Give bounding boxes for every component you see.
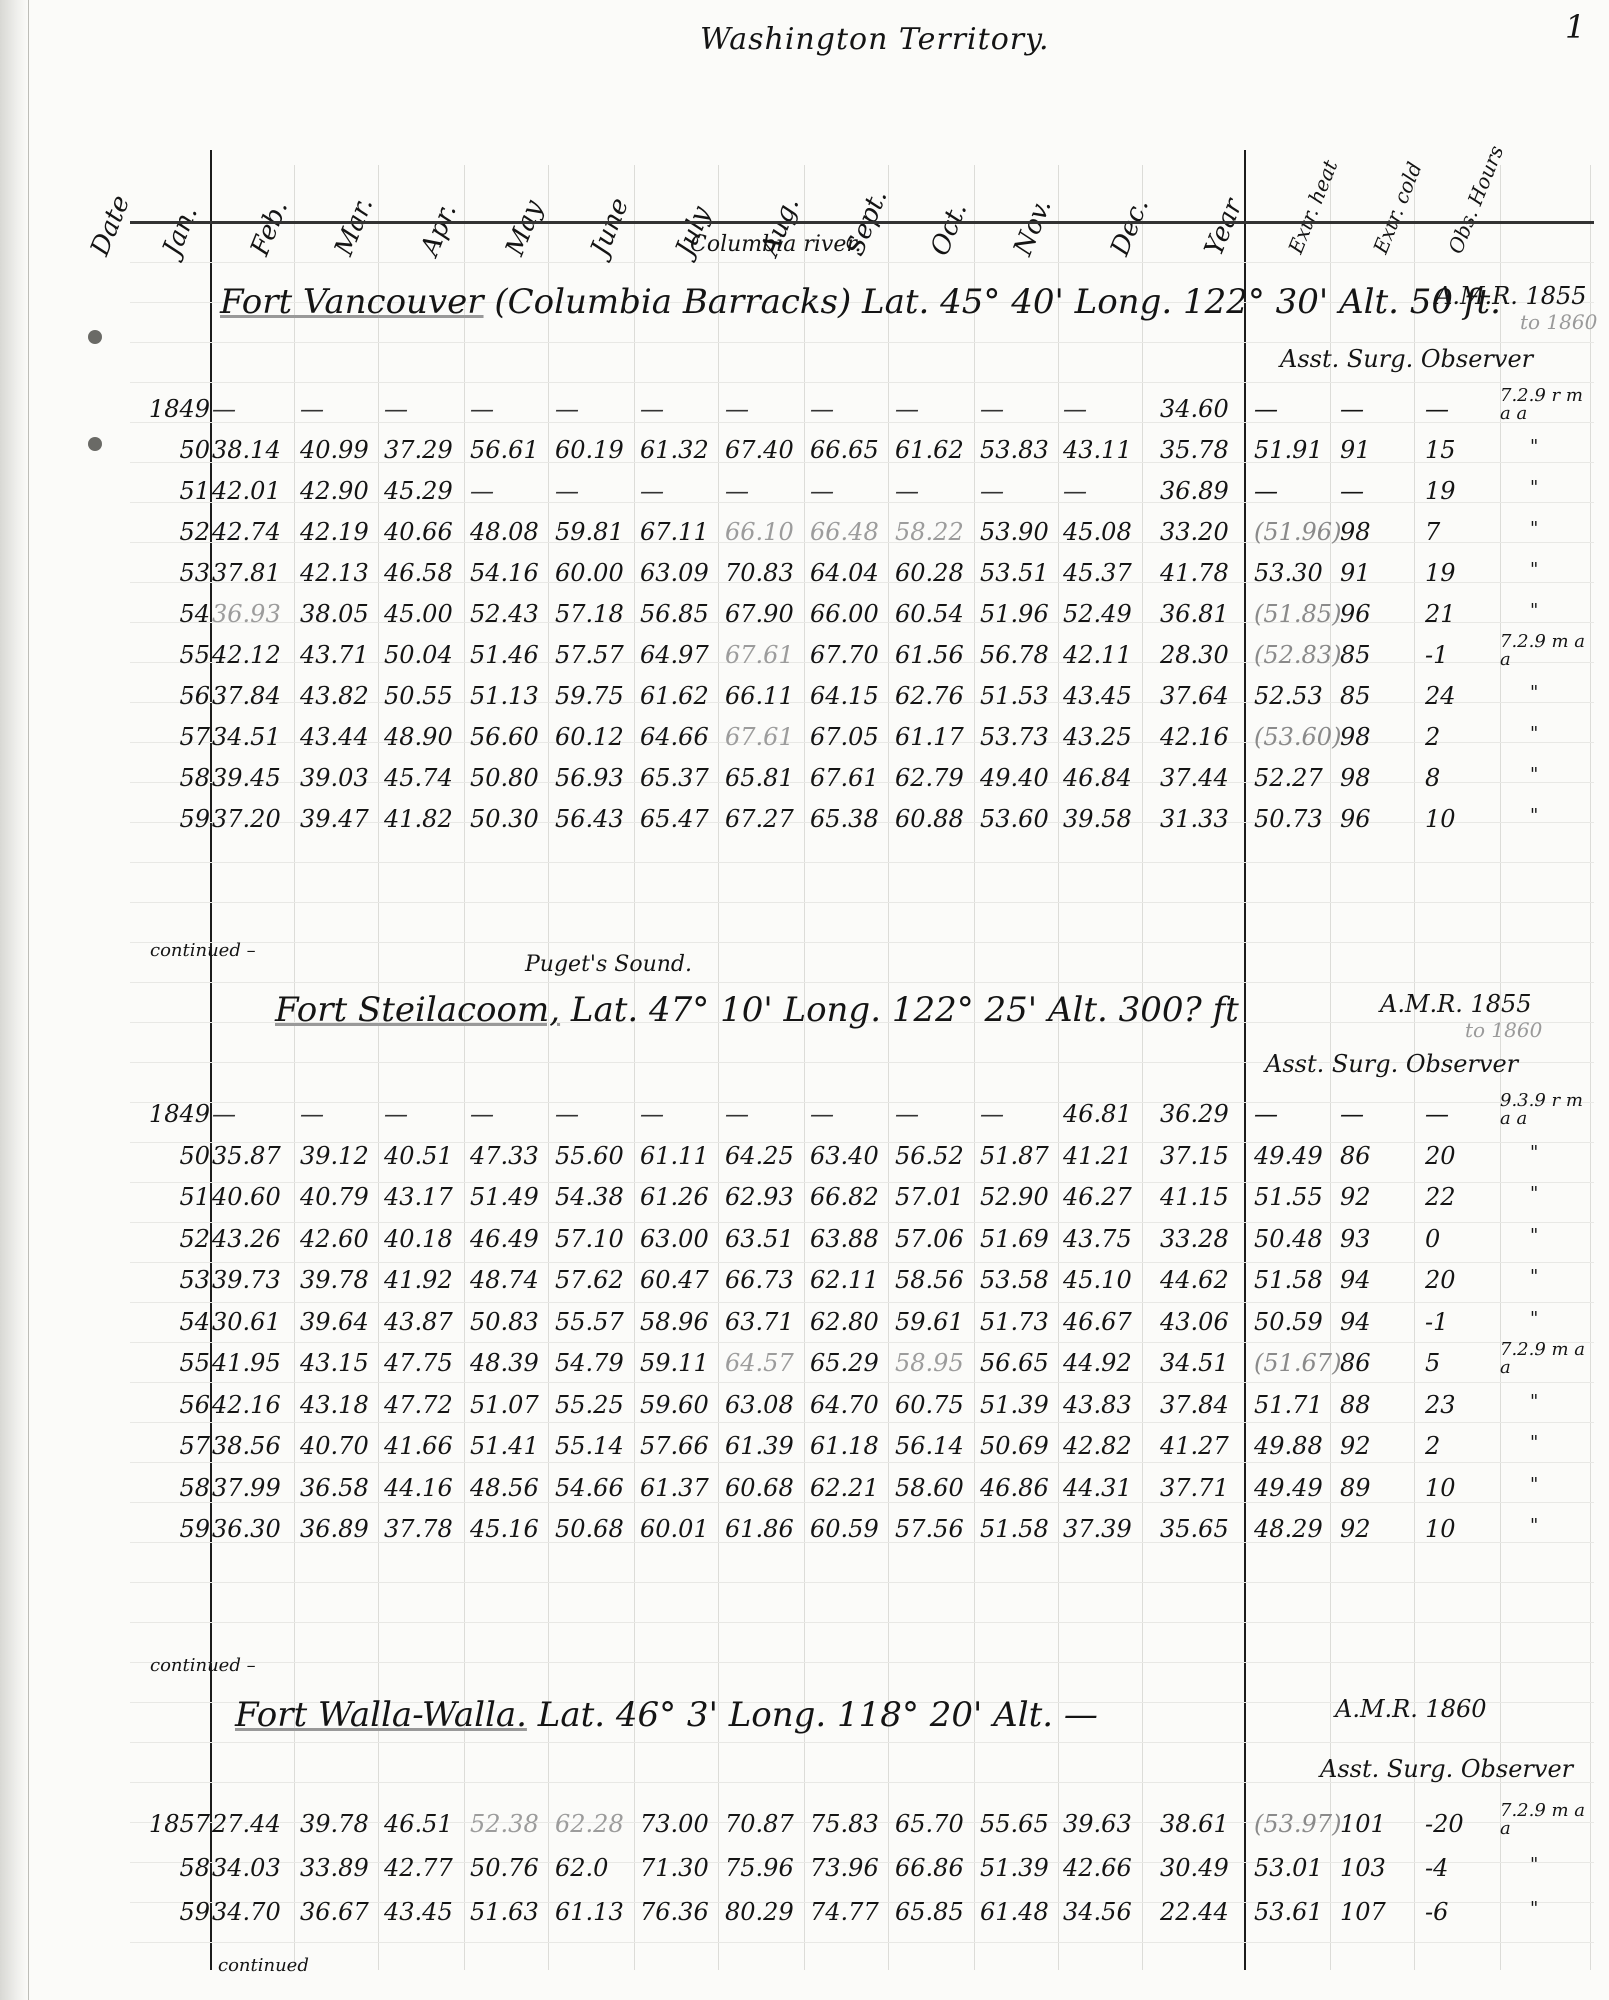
table-row: 5839.4539.0345.7450.8056.9365.3765.8167.… [0, 764, 1609, 804]
row-gridline [130, 342, 1594, 343]
extreme-heat: 85 [1340, 682, 1371, 710]
month-value: 67.05 [810, 723, 879, 751]
month-value: 45.10 [1063, 1266, 1132, 1294]
source-reference: A.M.R. 1860 [1335, 1695, 1487, 1723]
month-value: 28.30 [1160, 641, 1229, 669]
annual-mean: 50.73 [1254, 805, 1323, 833]
month-value: 51.73 [980, 1308, 1049, 1336]
month-value: — [640, 395, 664, 423]
month-value: 58.60 [895, 1474, 964, 1502]
month-value: 62.28 [555, 1810, 624, 1838]
month-value: — [1063, 477, 1087, 505]
month-value: 55.57 [555, 1308, 624, 1336]
extreme-heat: 96 [1340, 600, 1371, 628]
month-value: 61.62 [640, 682, 709, 710]
month-value: 40.18 [384, 1225, 453, 1253]
row-year: 54 [130, 600, 210, 628]
extreme-heat: 91 [1340, 559, 1371, 587]
table-row: 5140.6040.7943.1751.4954.3861.2662.9366.… [0, 1183, 1609, 1223]
row-year: 55 [130, 641, 210, 669]
month-value: 43.45 [384, 1898, 453, 1926]
table-row: 5038.1440.9937.2956.6160.1961.3267.4066.… [0, 436, 1609, 476]
month-value: 66.73 [725, 1266, 794, 1294]
table-row: 5642.1643.1847.7251.0755.2559.6063.0864.… [0, 1391, 1609, 1431]
month-value: 46.67 [1063, 1308, 1132, 1336]
table-row: 5541.9543.1547.7548.3954.7959.1164.5765.… [0, 1349, 1609, 1389]
annual-mean: 50.48 [1254, 1225, 1323, 1253]
month-value: 51.46 [470, 641, 539, 669]
month-value: 64.66 [640, 723, 709, 751]
month-value: 42.82 [1063, 1432, 1132, 1460]
month-value: 37.71 [1160, 1474, 1229, 1502]
extreme-heat: 96 [1340, 805, 1371, 833]
row-gridline [130, 262, 1594, 263]
month-value: 43.06 [1160, 1308, 1229, 1336]
month-value: 52.90 [980, 1183, 1049, 1211]
extreme-cold: 0 [1425, 1225, 1440, 1253]
observation-hours: 7.2.9 r m a a [1500, 387, 1595, 423]
extreme-cold: 2 [1425, 723, 1440, 751]
extreme-heat: — [1340, 395, 1364, 423]
month-value: 34.51 [1160, 1349, 1229, 1377]
extreme-heat: 94 [1340, 1308, 1371, 1336]
month-value: 42.77 [384, 1854, 453, 1882]
table-row: 1849——————————46.8136.29———9.3.9 r m a a [0, 1100, 1609, 1140]
month-value: 61.62 [895, 436, 964, 464]
month-value: 34.03 [212, 1854, 281, 1882]
row-year: 52 [130, 518, 210, 546]
month-value: 64.04 [810, 559, 879, 587]
month-value: 58.56 [895, 1266, 964, 1294]
extreme-heat: 85 [1340, 641, 1371, 669]
month-value: 62.0 [555, 1854, 608, 1882]
month-value: 56.93 [555, 764, 624, 792]
month-value: 60.88 [895, 805, 964, 833]
month-value: 59.61 [895, 1308, 964, 1336]
month-value: 36.89 [300, 1515, 369, 1543]
month-value: 33.20 [1160, 518, 1229, 546]
month-value: 67.90 [725, 600, 794, 628]
month-value: 36.29 [1160, 1100, 1229, 1128]
month-value: 42.01 [212, 477, 281, 505]
month-value: 39.47 [300, 805, 369, 833]
month-value: 60.19 [555, 436, 624, 464]
row-gridline [130, 1742, 1594, 1743]
month-value: 36.58 [300, 1474, 369, 1502]
row-year: 53 [130, 559, 210, 587]
month-value: 66.82 [810, 1183, 879, 1211]
month-value: 39.45 [212, 764, 281, 792]
month-value: 61.37 [640, 1474, 709, 1502]
month-value: 58.95 [895, 1349, 964, 1377]
month-value: 22.44 [1160, 1898, 1229, 1926]
month-value: — [555, 1100, 579, 1128]
month-value: 58.22 [895, 518, 964, 546]
month-value: 63.71 [725, 1308, 794, 1336]
page-binding-edge [0, 0, 29, 2000]
month-value: 60.00 [555, 559, 624, 587]
table-row: 5934.7036.6743.4551.6361.1376.3680.2974.… [0, 1898, 1609, 1938]
annual-mean: — [1254, 477, 1278, 505]
month-value: 54.16 [470, 559, 539, 587]
month-value: 62.76 [895, 682, 964, 710]
month-value: 43.18 [300, 1391, 369, 1419]
extreme-cold: -20 [1425, 1810, 1464, 1838]
month-value: 50.76 [470, 1854, 539, 1882]
month-value: 56.43 [555, 805, 624, 833]
extreme-heat: 86 [1340, 1142, 1371, 1170]
month-value: — [212, 395, 236, 423]
station-name: Fort Walla-Walla. [235, 1695, 527, 1735]
month-value: 34.51 [212, 723, 281, 751]
month-value: 39.73 [212, 1266, 281, 1294]
month-value: 57.10 [555, 1225, 624, 1253]
month-value: 59.75 [555, 682, 624, 710]
extreme-cold: 19 [1425, 559, 1456, 587]
source-reference: A.M.R. 1855 [1435, 282, 1587, 310]
page-number: 1 [1565, 8, 1585, 46]
month-value: 43.17 [384, 1183, 453, 1211]
month-value: 57.06 [895, 1225, 964, 1253]
month-value: 60.28 [895, 559, 964, 587]
month-value: 74.77 [810, 1898, 879, 1926]
month-value: 48.90 [384, 723, 453, 751]
month-value: 33.28 [1160, 1225, 1229, 1253]
row-year: 59 [130, 805, 210, 833]
extreme-heat: 86 [1340, 1349, 1371, 1377]
observation-hours: 7.2.9 m a a [1500, 1341, 1595, 1377]
month-value: — [470, 477, 494, 505]
region-label: Columbia river. [690, 232, 861, 257]
month-value: 37.64 [1160, 682, 1229, 710]
month-value: 67.70 [810, 641, 879, 669]
table-row: 5738.5640.7041.6651.4155.1457.6661.3961.… [0, 1432, 1609, 1472]
month-value: 56.78 [980, 641, 1049, 669]
month-value: 34.70 [212, 1898, 281, 1926]
extreme-cold: 19 [1425, 477, 1456, 505]
month-value: 43.45 [1063, 682, 1132, 710]
month-value: 66.11 [725, 682, 794, 710]
observation-hours: 7.2.9 m a a [1500, 1802, 1595, 1838]
month-value: 62.80 [810, 1308, 879, 1336]
observation-hours: " [1530, 1183, 1538, 1204]
month-value: 40.79 [300, 1183, 369, 1211]
month-value: 63.51 [725, 1225, 794, 1253]
month-value: 61.17 [895, 723, 964, 751]
month-value: 41.82 [384, 805, 453, 833]
annual-mean: (53.97) [1254, 1810, 1341, 1838]
month-value: 43.87 [384, 1308, 453, 1336]
month-value: 56.85 [640, 600, 709, 628]
extreme-heat: 92 [1340, 1515, 1371, 1543]
month-value: 65.85 [895, 1898, 964, 1926]
month-value: 48.74 [470, 1266, 539, 1294]
observation-hours: " [1530, 1142, 1538, 1163]
month-value: 51.39 [980, 1854, 1049, 1882]
observation-hours: " [1530, 600, 1538, 621]
row-year: 58 [130, 764, 210, 792]
observation-hours: " [1530, 1515, 1538, 1536]
month-value: 34.56 [1063, 1898, 1132, 1926]
row-year: 54 [130, 1308, 210, 1336]
month-value: 60.75 [895, 1391, 964, 1419]
source-reference: A.M.R. 1855 [1380, 990, 1532, 1018]
month-value: 56.65 [980, 1349, 1049, 1377]
month-value: 50.68 [555, 1515, 624, 1543]
continued-note: continued – [150, 1655, 256, 1676]
month-value: 75.83 [810, 1810, 879, 1838]
month-value: 60.01 [640, 1515, 709, 1543]
month-value: 52.49 [1063, 600, 1132, 628]
month-value: 41.27 [1160, 1432, 1229, 1460]
month-value: 67.11 [640, 518, 709, 546]
month-value: 46.27 [1063, 1183, 1132, 1211]
month-value: 35.78 [1160, 436, 1229, 464]
month-value: 39.12 [300, 1142, 369, 1170]
month-value: 59.60 [640, 1391, 709, 1419]
month-value: 51.63 [470, 1898, 539, 1926]
row-year: 59 [130, 1515, 210, 1543]
month-value: 44.16 [384, 1474, 453, 1502]
row-year: 1849 [130, 395, 210, 423]
month-value: 60.54 [895, 600, 964, 628]
month-value: 60.12 [555, 723, 624, 751]
annual-mean: 52.53 [1254, 682, 1323, 710]
month-value: 51.69 [980, 1225, 1049, 1253]
month-value: — [384, 395, 408, 423]
row-year: 56 [130, 1391, 210, 1419]
month-value: 66.00 [810, 600, 879, 628]
extreme-heat: 98 [1340, 723, 1371, 751]
month-value: — [212, 1100, 236, 1128]
extreme-heat: 93 [1340, 1225, 1371, 1253]
month-value: 39.78 [300, 1266, 369, 1294]
annual-mean: — [1254, 395, 1278, 423]
month-value: 40.66 [384, 518, 453, 546]
extreme-cold: 21 [1425, 600, 1456, 628]
month-value: 67.27 [725, 805, 794, 833]
annual-mean: 50.59 [1254, 1308, 1323, 1336]
table-row: 5337.8142.1346.5854.1660.0063.0970.8364.… [0, 559, 1609, 599]
month-value: 57.66 [640, 1432, 709, 1460]
observer-label: Asst. Surg. Observer [1280, 345, 1533, 373]
row-year: 1857 [130, 1810, 210, 1838]
month-value: 75.96 [725, 1854, 794, 1882]
month-value: 60.59 [810, 1515, 879, 1543]
month-value: 67.61 [725, 641, 794, 669]
month-value: 39.64 [300, 1308, 369, 1336]
month-value: 41.66 [384, 1432, 453, 1460]
extreme-heat: 91 [1340, 436, 1371, 464]
observation-hours: " [1530, 1432, 1538, 1453]
month-value: 41.15 [1160, 1183, 1229, 1211]
annual-mean: 53.61 [1254, 1898, 1323, 1926]
month-value: — [640, 477, 664, 505]
month-value: 61.32 [640, 436, 709, 464]
extreme-heat: — [1340, 477, 1364, 505]
month-value: 42.13 [300, 559, 369, 587]
station-coordinates: Lat. 47° 10' Long. 122° 25' Alt. 300? ft [571, 990, 1239, 1030]
month-value: 47.72 [384, 1391, 453, 1419]
month-value: 51.53 [980, 682, 1049, 710]
month-value: 51.58 [980, 1515, 1049, 1543]
annual-mean: (52.83) [1254, 641, 1341, 669]
month-value: 38.05 [300, 600, 369, 628]
month-value: 41.78 [1160, 559, 1229, 587]
month-value: 56.61 [470, 436, 539, 464]
table-row: 1849———————————34.60———7.2.9 r m a a [0, 395, 1609, 435]
month-value: 41.92 [384, 1266, 453, 1294]
row-gridline [130, 902, 1594, 903]
month-value: 45.16 [470, 1515, 539, 1543]
month-value: 42.60 [300, 1225, 369, 1253]
month-value: 55.25 [555, 1391, 624, 1419]
extreme-heat: 107 [1340, 1898, 1386, 1926]
extreme-cold: — [1425, 395, 1449, 423]
month-value: 37.84 [212, 682, 281, 710]
month-value: 67.61 [810, 764, 879, 792]
month-value: 51.87 [980, 1142, 1049, 1170]
month-value: 57.57 [555, 641, 624, 669]
table-row: 5637.8443.8250.5551.1359.7561.6266.1164.… [0, 682, 1609, 722]
month-value: 57.01 [895, 1183, 964, 1211]
month-value: 49.40 [980, 764, 1049, 792]
month-value: 37.78 [384, 1515, 453, 1543]
month-value: 41.95 [212, 1349, 281, 1377]
month-value: 44.92 [1063, 1349, 1132, 1377]
observation-hours: " [1530, 1898, 1538, 1919]
observation-hours: " [1530, 682, 1538, 703]
month-value: 42.66 [1063, 1854, 1132, 1882]
month-value: 42.90 [300, 477, 369, 505]
month-value: — [895, 1100, 919, 1128]
month-value: 50.55 [384, 682, 453, 710]
month-value: — [980, 395, 1004, 423]
month-value: 37.99 [212, 1474, 281, 1502]
month-value: 46.86 [980, 1474, 1049, 1502]
region-label: Puget's Sound. [525, 952, 692, 977]
extreme-cold: 10 [1425, 805, 1456, 833]
row-gridline [130, 382, 1594, 383]
month-value: 44.62 [1160, 1266, 1229, 1294]
table-row: 5937.2039.4741.8250.3056.4365.4767.2765.… [0, 805, 1609, 845]
table-row: 5837.9936.5844.1648.5654.6661.3760.6862.… [0, 1474, 1609, 1514]
table-row: 5542.1243.7150.0451.4657.5764.9767.6167.… [0, 641, 1609, 681]
table-row: 5243.2642.6040.1846.4957.1063.0063.5163.… [0, 1225, 1609, 1265]
month-value: — [895, 395, 919, 423]
observation-hours: " [1530, 764, 1538, 785]
annual-mean: 53.01 [1254, 1854, 1323, 1882]
observation-hours: " [1530, 1391, 1538, 1412]
month-value: 61.56 [895, 641, 964, 669]
month-value: — [384, 1100, 408, 1128]
month-value: 43.25 [1063, 723, 1132, 751]
extreme-cold: 20 [1425, 1266, 1456, 1294]
month-value: 66.48 [810, 518, 879, 546]
month-value: 53.51 [980, 559, 1049, 587]
month-value: 66.10 [725, 518, 794, 546]
annual-mean: 51.55 [1254, 1183, 1323, 1211]
month-value: 39.78 [300, 1810, 369, 1838]
month-value: 45.37 [1063, 559, 1132, 587]
month-value: 42.16 [212, 1391, 281, 1419]
observation-hours: " [1530, 1308, 1538, 1329]
month-value: 70.87 [725, 1810, 794, 1838]
month-value: 39.58 [1063, 805, 1132, 833]
month-value: 40.70 [300, 1432, 369, 1460]
month-value: 30.61 [212, 1308, 281, 1336]
extreme-cold: -4 [1425, 1854, 1448, 1882]
month-value: 43.82 [300, 682, 369, 710]
month-value: — [895, 477, 919, 505]
station-heading: Fort Walla-Walla. Lat. 46° 3' Long. 118°… [235, 1695, 1098, 1735]
observation-hours: " [1530, 477, 1538, 498]
station-name: Fort Steilacoom, [275, 990, 560, 1030]
observation-hours: " [1530, 1225, 1538, 1246]
extreme-heat: 89 [1340, 1474, 1371, 1502]
month-value: 48.39 [470, 1349, 539, 1377]
month-value: — [470, 395, 494, 423]
month-value: 46.84 [1063, 764, 1132, 792]
observation-hours: " [1530, 1266, 1538, 1287]
month-value: 33.89 [300, 1854, 369, 1882]
month-value: 36.67 [300, 1898, 369, 1926]
month-value: 36.30 [212, 1515, 281, 1543]
page-title: Washington Territory. [700, 22, 1050, 57]
month-value: 63.00 [640, 1225, 709, 1253]
month-value: 67.40 [725, 436, 794, 464]
month-value: 53.60 [980, 805, 1049, 833]
month-value: 45.08 [1063, 518, 1132, 546]
month-value: 43.75 [1063, 1225, 1132, 1253]
month-value: 55.65 [980, 1810, 1049, 1838]
row-year: 59 [130, 1898, 210, 1926]
table-row: 5430.6139.6443.8750.8355.5758.9663.7162.… [0, 1308, 1609, 1348]
month-value: — [980, 1100, 1004, 1128]
table-row: 5242.7442.1940.6648.0859.8167.1166.1066.… [0, 518, 1609, 558]
month-value: — [810, 477, 834, 505]
observation-hours: " [1530, 1474, 1538, 1495]
annual-mean: — [1254, 1100, 1278, 1128]
continued-note: continued [218, 1955, 309, 1976]
month-value: 56.52 [895, 1142, 964, 1170]
month-value: 62.11 [810, 1266, 879, 1294]
month-value: 66.65 [810, 436, 879, 464]
row-year: 57 [130, 723, 210, 751]
month-value: 56.60 [470, 723, 539, 751]
table-row: 5436.9338.0545.0052.4357.1856.8567.9066.… [0, 600, 1609, 640]
month-value: 61.11 [640, 1142, 709, 1170]
extreme-heat: 103 [1340, 1854, 1386, 1882]
month-value: 59.11 [640, 1349, 709, 1377]
month-value: 27.44 [212, 1810, 281, 1838]
row-year: 1849 [130, 1100, 210, 1128]
month-value: 60.47 [640, 1266, 709, 1294]
observation-hours: " [1530, 559, 1538, 580]
month-value: 39.03 [300, 764, 369, 792]
month-value: 46.81 [1063, 1100, 1132, 1128]
annual-mean: (51.96) [1254, 518, 1341, 546]
row-gridline [130, 982, 1594, 983]
month-value: 50.80 [470, 764, 539, 792]
month-value: 37.39 [1063, 1515, 1132, 1543]
month-value: 35.87 [212, 1142, 281, 1170]
annual-mean: 49.49 [1254, 1474, 1323, 1502]
month-value: 57.18 [555, 600, 624, 628]
observer-label: Asst. Surg. Observer [1320, 1755, 1573, 1783]
month-value: 63.08 [725, 1391, 794, 1419]
month-value: 65.81 [725, 764, 794, 792]
